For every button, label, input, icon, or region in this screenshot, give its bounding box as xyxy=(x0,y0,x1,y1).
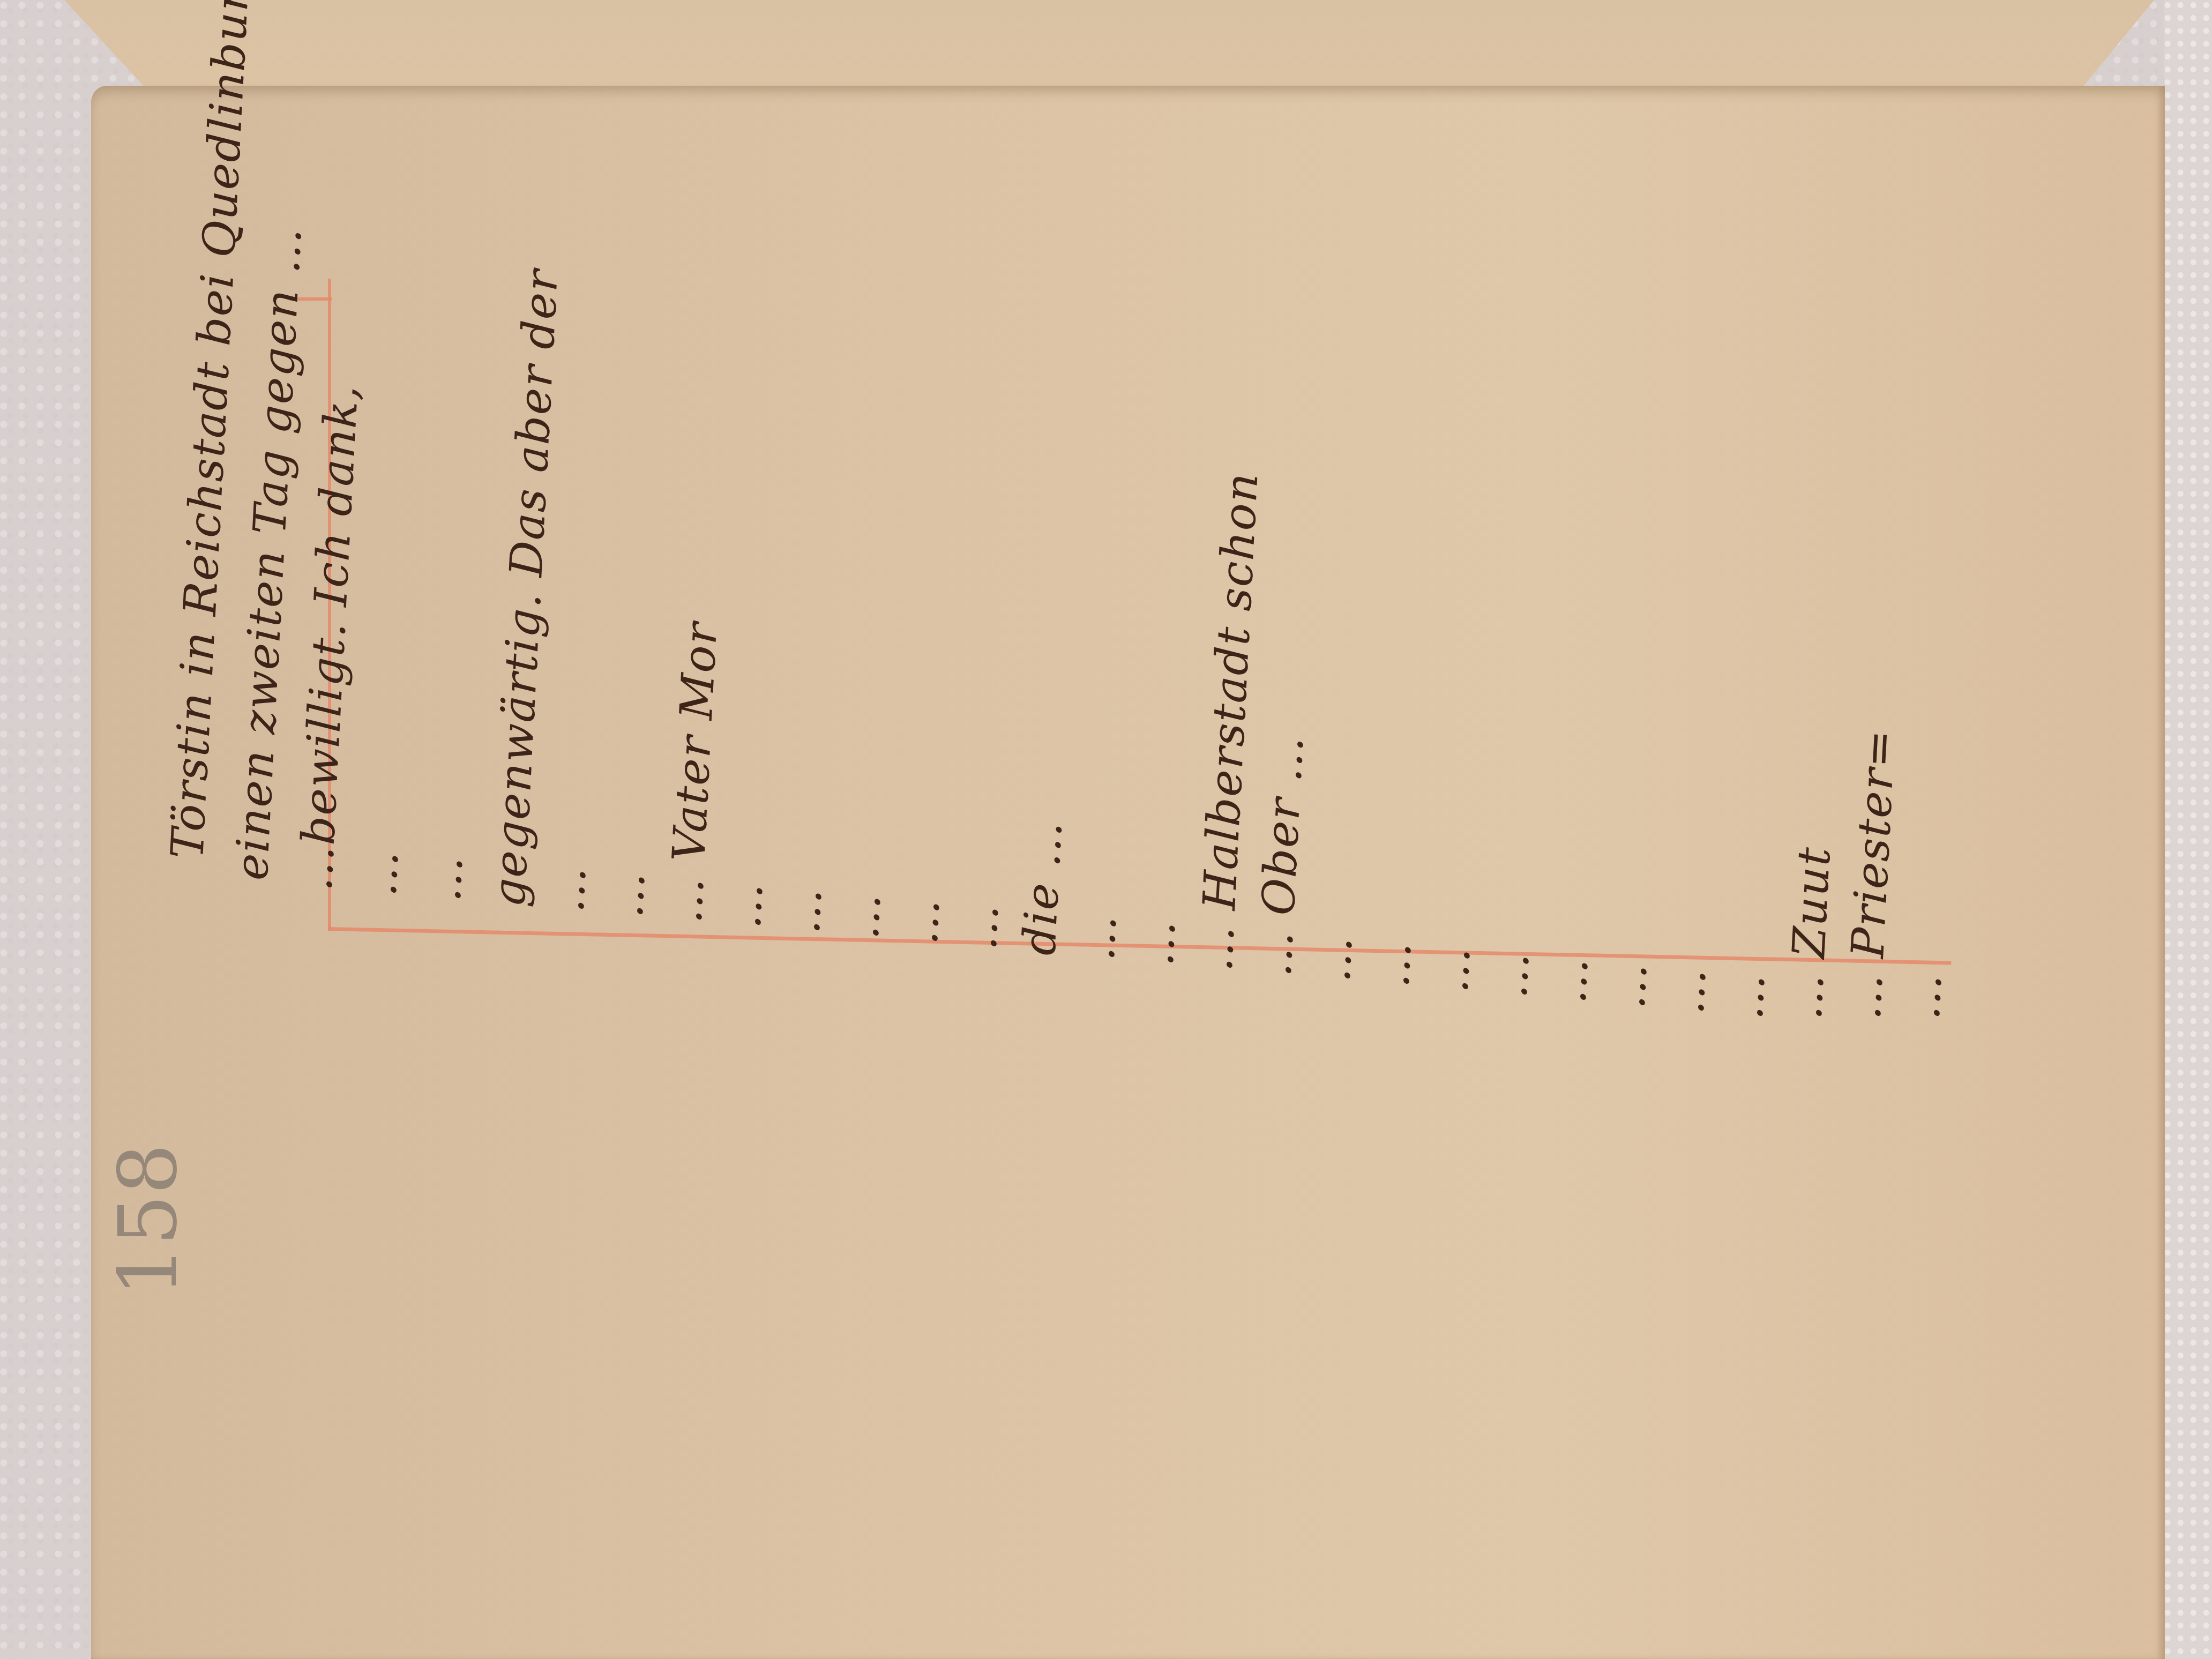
text-line: ... xyxy=(1543,956,1598,1005)
text-line: gegenwärtig. Das aber der xyxy=(482,267,568,908)
text-line: ... Vater Mor xyxy=(659,621,727,924)
text-line: ... xyxy=(1720,972,1775,1021)
text-line: ... Priester= xyxy=(1838,728,1905,1021)
text-line: die ... xyxy=(1013,819,1072,956)
text-line: ... xyxy=(541,865,596,914)
text-line: ... xyxy=(1484,951,1539,999)
text-line: ... xyxy=(1072,913,1126,962)
text-line: ... xyxy=(1425,945,1480,994)
text-line: ... xyxy=(718,881,773,930)
text-line: ... xyxy=(836,892,891,940)
text-line: ... xyxy=(1897,972,1952,1021)
text-line: ... Zuut xyxy=(1779,845,1841,1021)
photo-scene: 158 Törstin in Reichstadt bei Quedlinbur… xyxy=(0,0,2212,1659)
text-line: ... xyxy=(777,886,832,935)
text-line: ... xyxy=(1307,935,1362,983)
text-line: ... xyxy=(954,902,1008,951)
text-line: ... xyxy=(1661,967,1716,1015)
text-line: ... xyxy=(1602,961,1657,1010)
text-line: ... xyxy=(1131,918,1185,967)
text-line: ... Ober ... xyxy=(1249,734,1313,978)
text-line: ... xyxy=(895,897,950,946)
text-line: ... xyxy=(418,854,473,903)
text-line: ... xyxy=(600,870,655,919)
text-line: ...bewilligt. Ich dank, xyxy=(289,383,368,892)
handwritten-text-block: Törstin in Reichstadt bei Quedlinburg, e… xyxy=(0,0,2212,1659)
text-line: ... xyxy=(354,849,408,898)
text-line: ... xyxy=(1366,940,1421,989)
